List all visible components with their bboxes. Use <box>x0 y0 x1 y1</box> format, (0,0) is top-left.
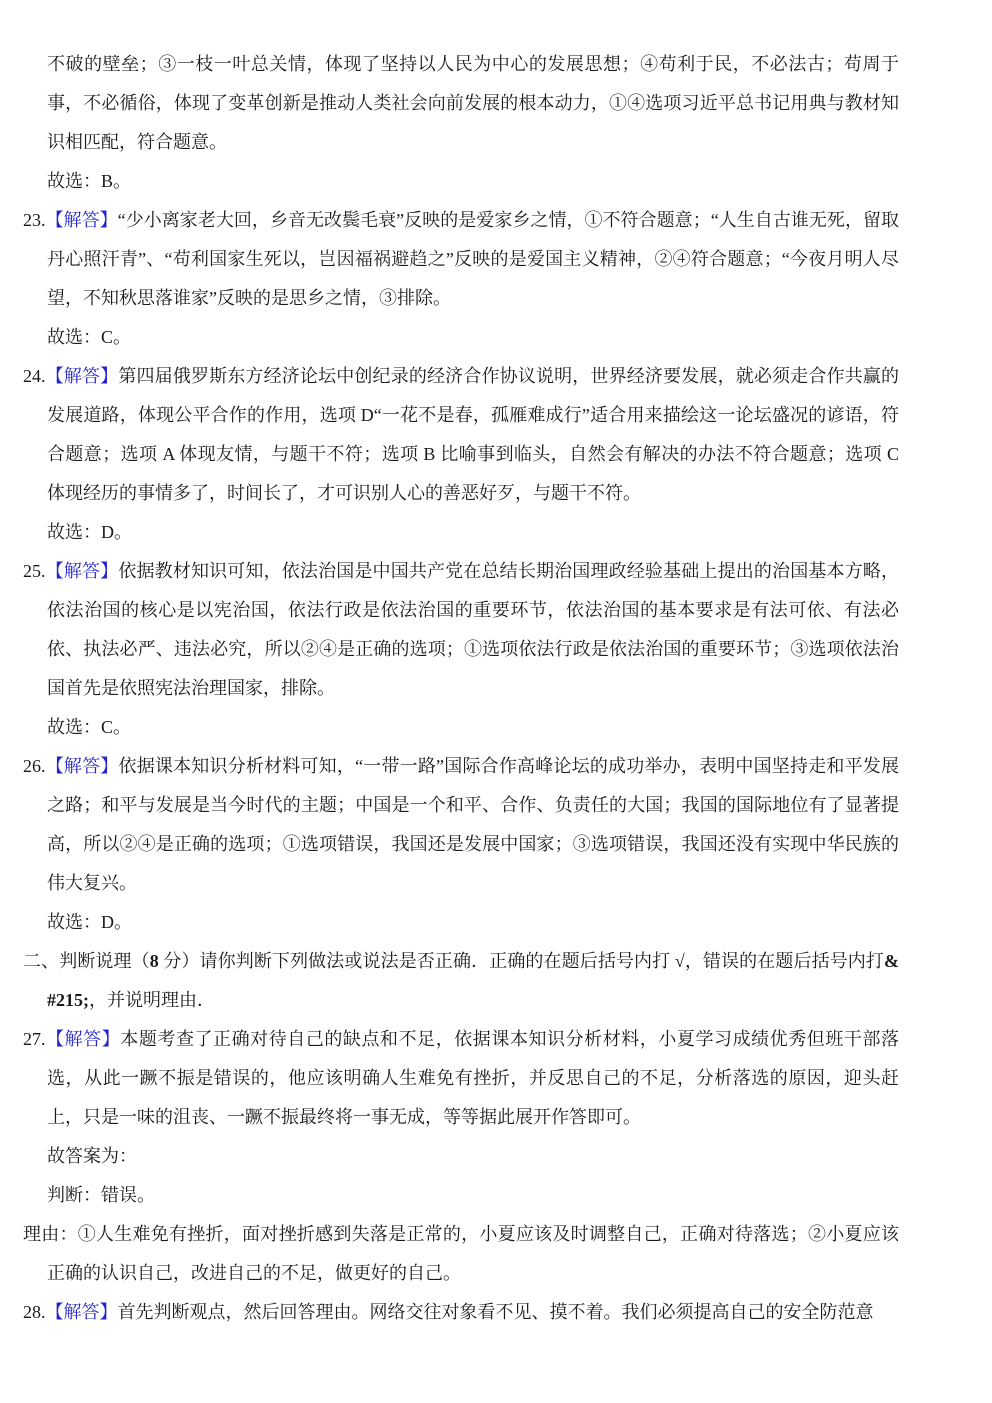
jieda-label: 【解答】 <box>46 1029 121 1049</box>
reason-text: 理由：①人生难免有挫折，面对挫折感到失落是正常的，小夏应该及时调整自己，正确对待… <box>23 1224 899 1283</box>
answer-line-q25: 故选：C。 <box>47 708 899 747</box>
answer-item-24: 24.【解答】第四届俄罗斯东方经济论坛中创纪录的经济合作协议说明，世界经济要发展… <box>47 357 899 513</box>
answer-item-23: 23.【解答】“少小离家老大回，乡音无改鬓毛衰”反映的是爱家乡之情，①不符合题意… <box>47 201 899 318</box>
answer-line-q22: 故选：B。 <box>47 162 899 201</box>
item-explanation: 本题考查了正确对待自己的缺点和不足，依据课本知识分析材料，小夏学习成绩优秀但班干… <box>47 1029 899 1127</box>
answer-text: 故答案为： <box>47 1146 137 1166</box>
item-number: 26. <box>23 756 46 776</box>
jieda-label: 【解答】 <box>46 1302 118 1322</box>
item-explanation: 首先判断观点，然后回答理由。网络交往对象看不见、摸不着。我们必须提高自己的安全防… <box>118 1302 874 1322</box>
item-explanation: 第四届俄罗斯东方经济论坛中创纪录的经济合作协议说明，世界经济要发展，就必须走合作… <box>47 366 899 503</box>
section-heading-part2: 二、判断说理（8 分）请你判断下列做法或说法是否正确．正确的在题后括号内打 √，… <box>47 942 899 1020</box>
document-page: 不破的壁垒；③一枝一叶总关情，体现了坚持以人民为中心的发展思想；④苟利于民，不必… <box>0 0 992 1403</box>
answer-line-q23: 故选：C。 <box>47 318 899 357</box>
answer-text: 故选：B。 <box>47 171 131 191</box>
item-number: 28. <box>23 1302 46 1322</box>
jieda-label: 【解答】 <box>46 756 119 776</box>
paragraph-text: 不破的壁垒；③一枝一叶总关情，体现了坚持以人民为中心的发展思想；④苟利于民，不必… <box>47 54 899 152</box>
item-explanation: 依据教材知识可知，依法治国是中国共产党在总结长期治国理政经验基础上提出的治国基本… <box>47 561 899 698</box>
jieda-label: 【解答】 <box>46 366 119 386</box>
judgement-text: 判断：错误。 <box>47 1185 155 1205</box>
answer-item-25: 25.【解答】依据教材知识可知，依法治国是中国共产党在总结长期治国理政经验基础上… <box>47 552 899 708</box>
item-number: 24. <box>23 366 46 386</box>
item-explanation: 依据课本知识分析材料可知，“一带一路”国际合作高峰论坛的成功举办，表明中国坚持走… <box>47 756 899 893</box>
answer-line-q24: 故选：D。 <box>47 513 899 552</box>
section-points-value: 8 <box>150 951 159 971</box>
answer-item-26: 26.【解答】依据课本知识分析材料可知，“一带一路”国际合作高峰论坛的成功举办，… <box>47 747 899 903</box>
answer-item-28: 28.【解答】首先判断观点，然后回答理由。网络交往对象看不见、摸不着。我们必须提… <box>47 1293 899 1332</box>
item-explanation: “少小离家老大回，乡音无改鬓毛衰”反映的是爱家乡之情，①不符合题意；“人生自古谁… <box>47 210 899 308</box>
judgement-line: 判断：错误。 <box>47 1176 899 1215</box>
jieda-label: 【解答】 <box>46 561 119 581</box>
answer-text: 故选：D。 <box>47 912 132 932</box>
item-number: 23. <box>23 210 46 230</box>
answer-line-q26: 故选：D。 <box>47 903 899 942</box>
paragraph-continuation-q22: 不破的壁垒；③一枝一叶总关情，体现了坚持以人民为中心的发展思想；④苟利于民，不必… <box>47 45 899 162</box>
answer-text: 故选：D。 <box>47 522 132 542</box>
section-heading-text: 分）请你判断下列做法或说法是否正确．正确的在题后括号内打 √，错误的在题后括号内… <box>159 951 884 971</box>
jieda-label: 【解答】 <box>46 210 118 230</box>
answer-intro-line: 故答案为： <box>47 1137 899 1176</box>
answer-text: 故选：C。 <box>47 327 131 347</box>
section-heading-text: ，并说明理由． <box>89 990 215 1010</box>
item-number: 25. <box>23 561 46 581</box>
answer-item-27: 27.【解答】本题考查了正确对待自己的缺点和不足，依据课本知识分析材料，小夏学习… <box>47 1020 899 1137</box>
answer-text: 故选：C。 <box>47 717 131 737</box>
section-heading-text: 二、判断说理（ <box>23 951 150 971</box>
reason-paragraph: 理由：①人生难免有挫折，面对挫折感到失落是正常的，小夏应该及时调整自己，正确对待… <box>47 1215 899 1293</box>
item-number: 27. <box>23 1029 46 1049</box>
